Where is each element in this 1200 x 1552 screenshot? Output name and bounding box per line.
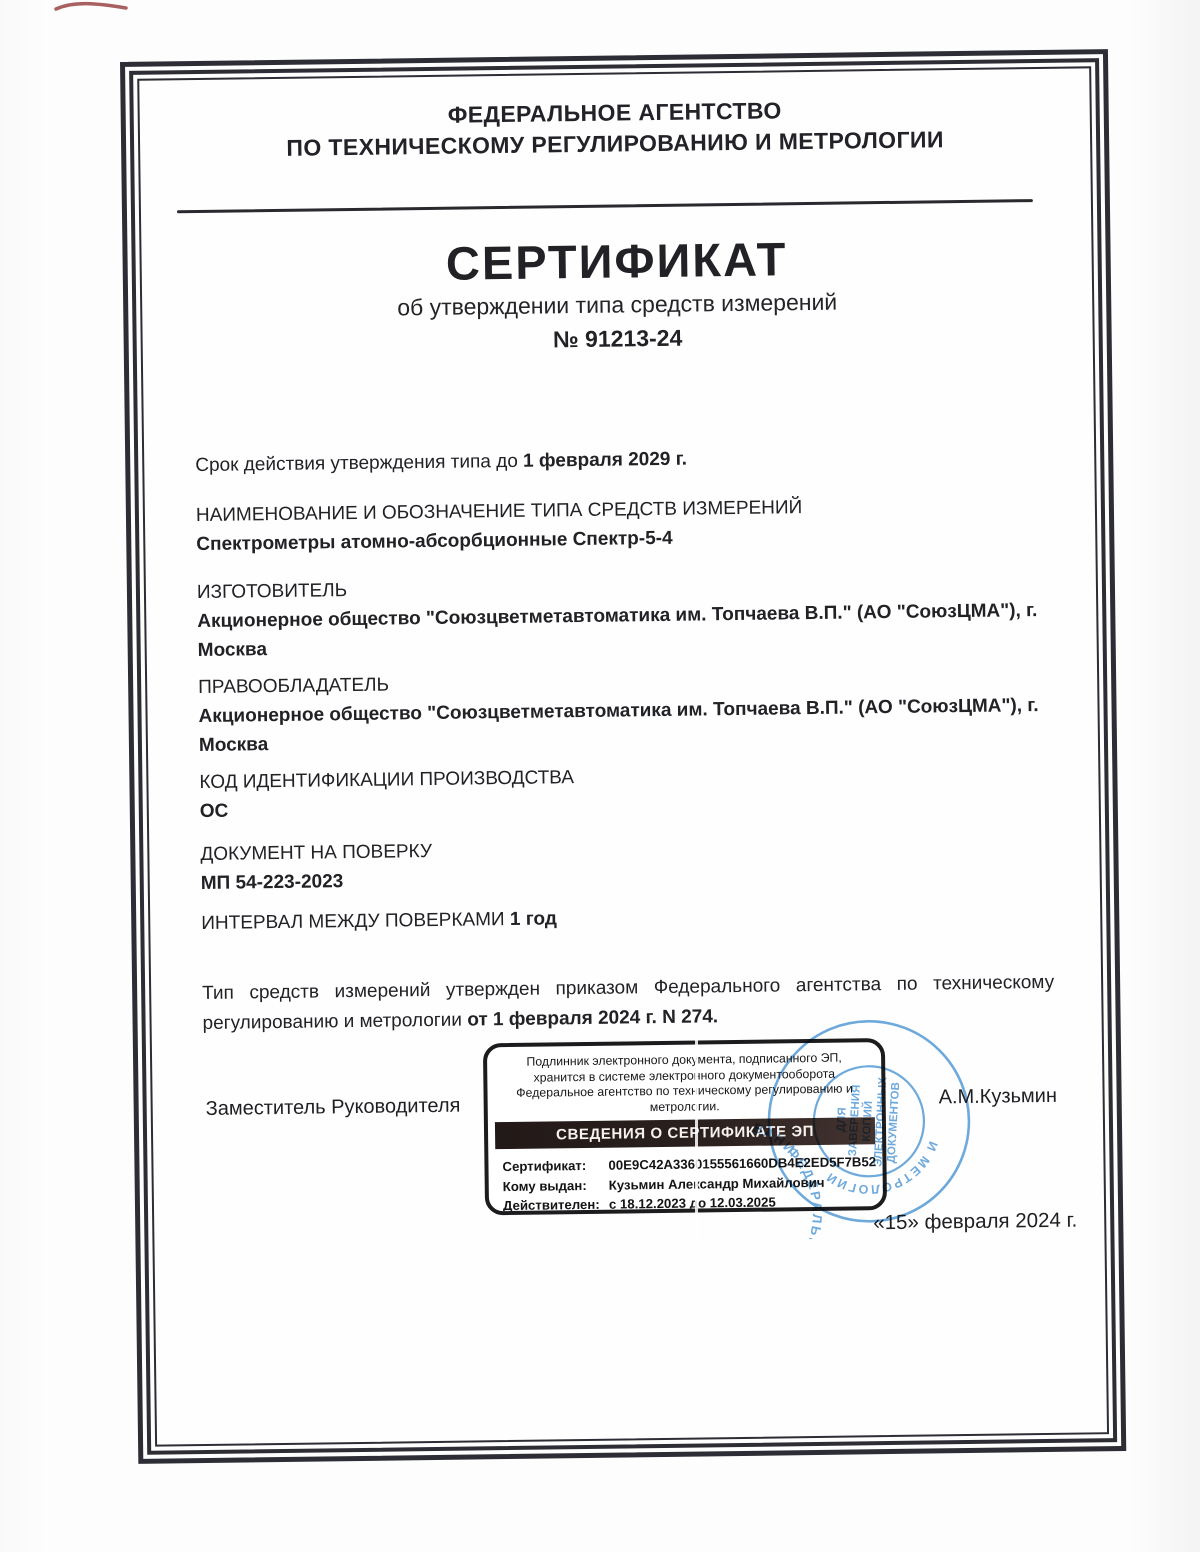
- esign-certificate-label: Сертификат:: [502, 1156, 608, 1177]
- esign-valid-label: Действителен:: [503, 1195, 609, 1216]
- section-rights-holder: ПРАВООБЛАДАТЕЛЬ Акционерное общество "Со…: [198, 663, 1051, 760]
- section-type-name: НАИМЕНОВАНИЕ И ОБОЗНАЧЕНИЕ ТИПА СРЕДСТВ …: [196, 491, 1049, 559]
- red-pen-smudge: [50, 0, 140, 16]
- certificate-number: № 91213-24: [124, 319, 1112, 359]
- section-manufacturer: ИЗГОТОВИТЕЛЬ Акционерное общество "Союзц…: [197, 568, 1050, 665]
- esign-issued-label: Кому выдан:: [503, 1175, 609, 1196]
- section-verification-document: ДОКУМЕНТ НА ПОВЕРКУ МП 54-223-2023: [200, 830, 1053, 898]
- verification-interval-line: ИНТЕРВАЛ МЕЖДУ ПОВЕРКАМИ 1 год: [201, 899, 1053, 938]
- signing-date: «15» февраля 2024 г.: [847, 1209, 1077, 1236]
- document-title: СЕРТИФИКАТ: [122, 227, 1111, 295]
- esign-header-text: Подлинник электронного документа, подпис…: [493, 1050, 876, 1117]
- order-date-number: от 1 февраля 2024 г. N 274.: [467, 1006, 718, 1030]
- signer-name: А.М.Кузьмин: [938, 1085, 1057, 1110]
- esign-valid-row: Действителен: с 18.12.2023 до 12.03.2025: [503, 1191, 877, 1215]
- paper-fold-crease: [695, 1036, 698, 1244]
- section-production-id-code: КОД ИДЕНТИФИКАЦИИ ПРОИЗВОДСТВА ОС: [199, 758, 1052, 826]
- interval-value: 1 год: [510, 908, 557, 930]
- approval-order-paragraph: Тип средств измерений утвержден приказом…: [202, 968, 1055, 1038]
- signer-position: Заместитель Руководителя: [206, 1095, 461, 1121]
- stamp-center-line: ДОКУМЕНТОВ: [886, 1082, 903, 1164]
- interval-prefix: ИНТЕРВАЛ МЕЖДУ ПОВЕРКАМИ: [201, 909, 510, 934]
- header-divider-rule: [177, 199, 1033, 213]
- esign-certificate-value: 00E9C42A3360155561660DB4E2ED5F7B52: [608, 1152, 876, 1175]
- section-value: Акционерное общество "Союзцветметавтомат…: [197, 596, 1050, 665]
- certificate-frame: ФЕДЕРАЛЬНОЕ АГЕНТСТВО ПО ТЕХНИЧЕСКОМУ РЕ…: [120, 49, 1126, 1464]
- esign-stamp-box: Подлинник электронного документа, подпис…: [483, 1038, 887, 1215]
- esign-info-bar: СВЕДЕНИЯ О СЕРТИФИКАТЕ ЭП: [495, 1117, 875, 1149]
- agency-header: ФЕДЕРАЛЬНОЕ АГЕНТСТВО ПО ТЕХНИЧЕСКОМУ РЕ…: [121, 91, 1110, 166]
- scanned-certificate-page: ФЕДЕРАЛЬНОЕ АГЕНТСТВО ПО ТЕХНИЧЕСКОМУ РЕ…: [0, 0, 1200, 1552]
- validity-line: Срок действия утверждения типа до 1 февр…: [195, 441, 1047, 480]
- esign-issued-value: Кузьмин Александр Михайлович: [609, 1172, 825, 1194]
- section-value: Акционерное общество "Союзцветметавтомат…: [198, 691, 1051, 760]
- validity-date: 1 февраля 2029 г.: [523, 449, 687, 472]
- validity-prefix: Срок действия утверждения типа до: [195, 451, 523, 476]
- esign-details: Сертификат: 00E9C42A3360155561660DB4E2ED…: [502, 1152, 877, 1215]
- esign-valid-value: с 18.12.2023 до 12.03.2025: [609, 1193, 776, 1215]
